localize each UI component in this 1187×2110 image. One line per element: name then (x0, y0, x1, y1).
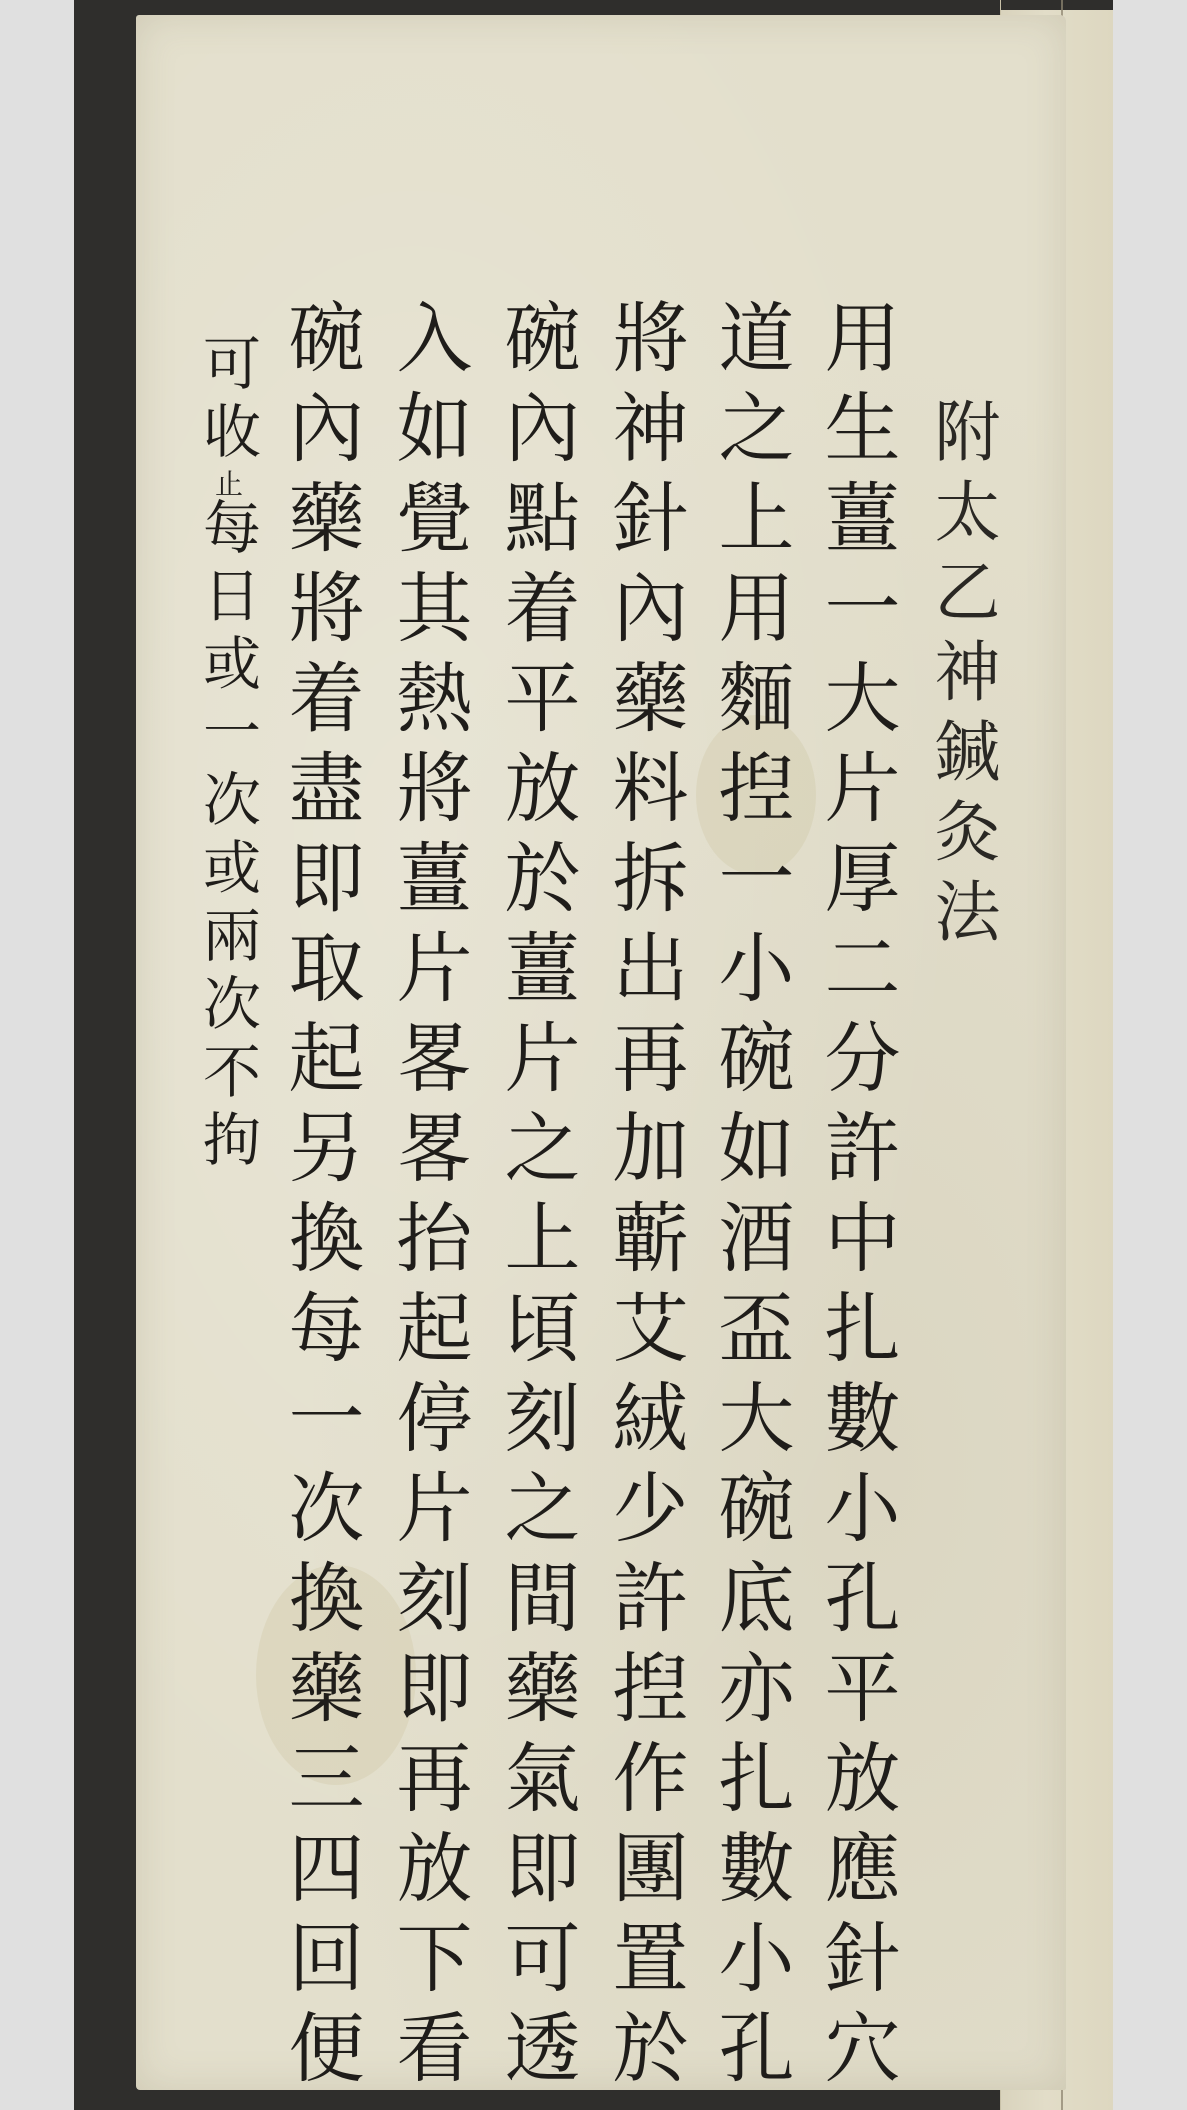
manuscript-page: 附太乙神鍼灸法 用生薑一大片厚二分許中扎數小孔平放應針穴 道之上用麵揑一小碗如酒… (136, 15, 1066, 2090)
text-column-7-end: 每日或一次或兩次不拘 (193, 497, 261, 1177)
text-column-2: 道之上用麵揑一小碗如酒盃大碗底亦扎數小孔 (712, 298, 788, 2098)
text-column-7-start: 可收 (193, 333, 261, 469)
text-column-4: 碗內點着平放於薑片之上頃刻之間藥氣即可透 (498, 298, 574, 2098)
text-column-6: 碗內藥將着盡即取起另換每一次換藥三四回便 (282, 298, 358, 2098)
text-column-7: 可收止每日或一次或兩次不拘 (198, 333, 256, 1177)
text-column-5: 入如覺其熱將薑片畧畧抬起停片刻即再放下看 (390, 298, 466, 2098)
heading-column: 附太乙神鍼灸法 (928, 397, 994, 957)
cover-board-top (1001, 0, 1113, 10)
stop-mark: 止 (211, 469, 244, 497)
text-column-1: 用生薑一大片厚二分許中扎數小孔平放應針穴 (818, 298, 894, 2098)
text-column-3: 將神針內藥料拆出再加蘄艾絨少許揑作團置於 (606, 298, 682, 2098)
